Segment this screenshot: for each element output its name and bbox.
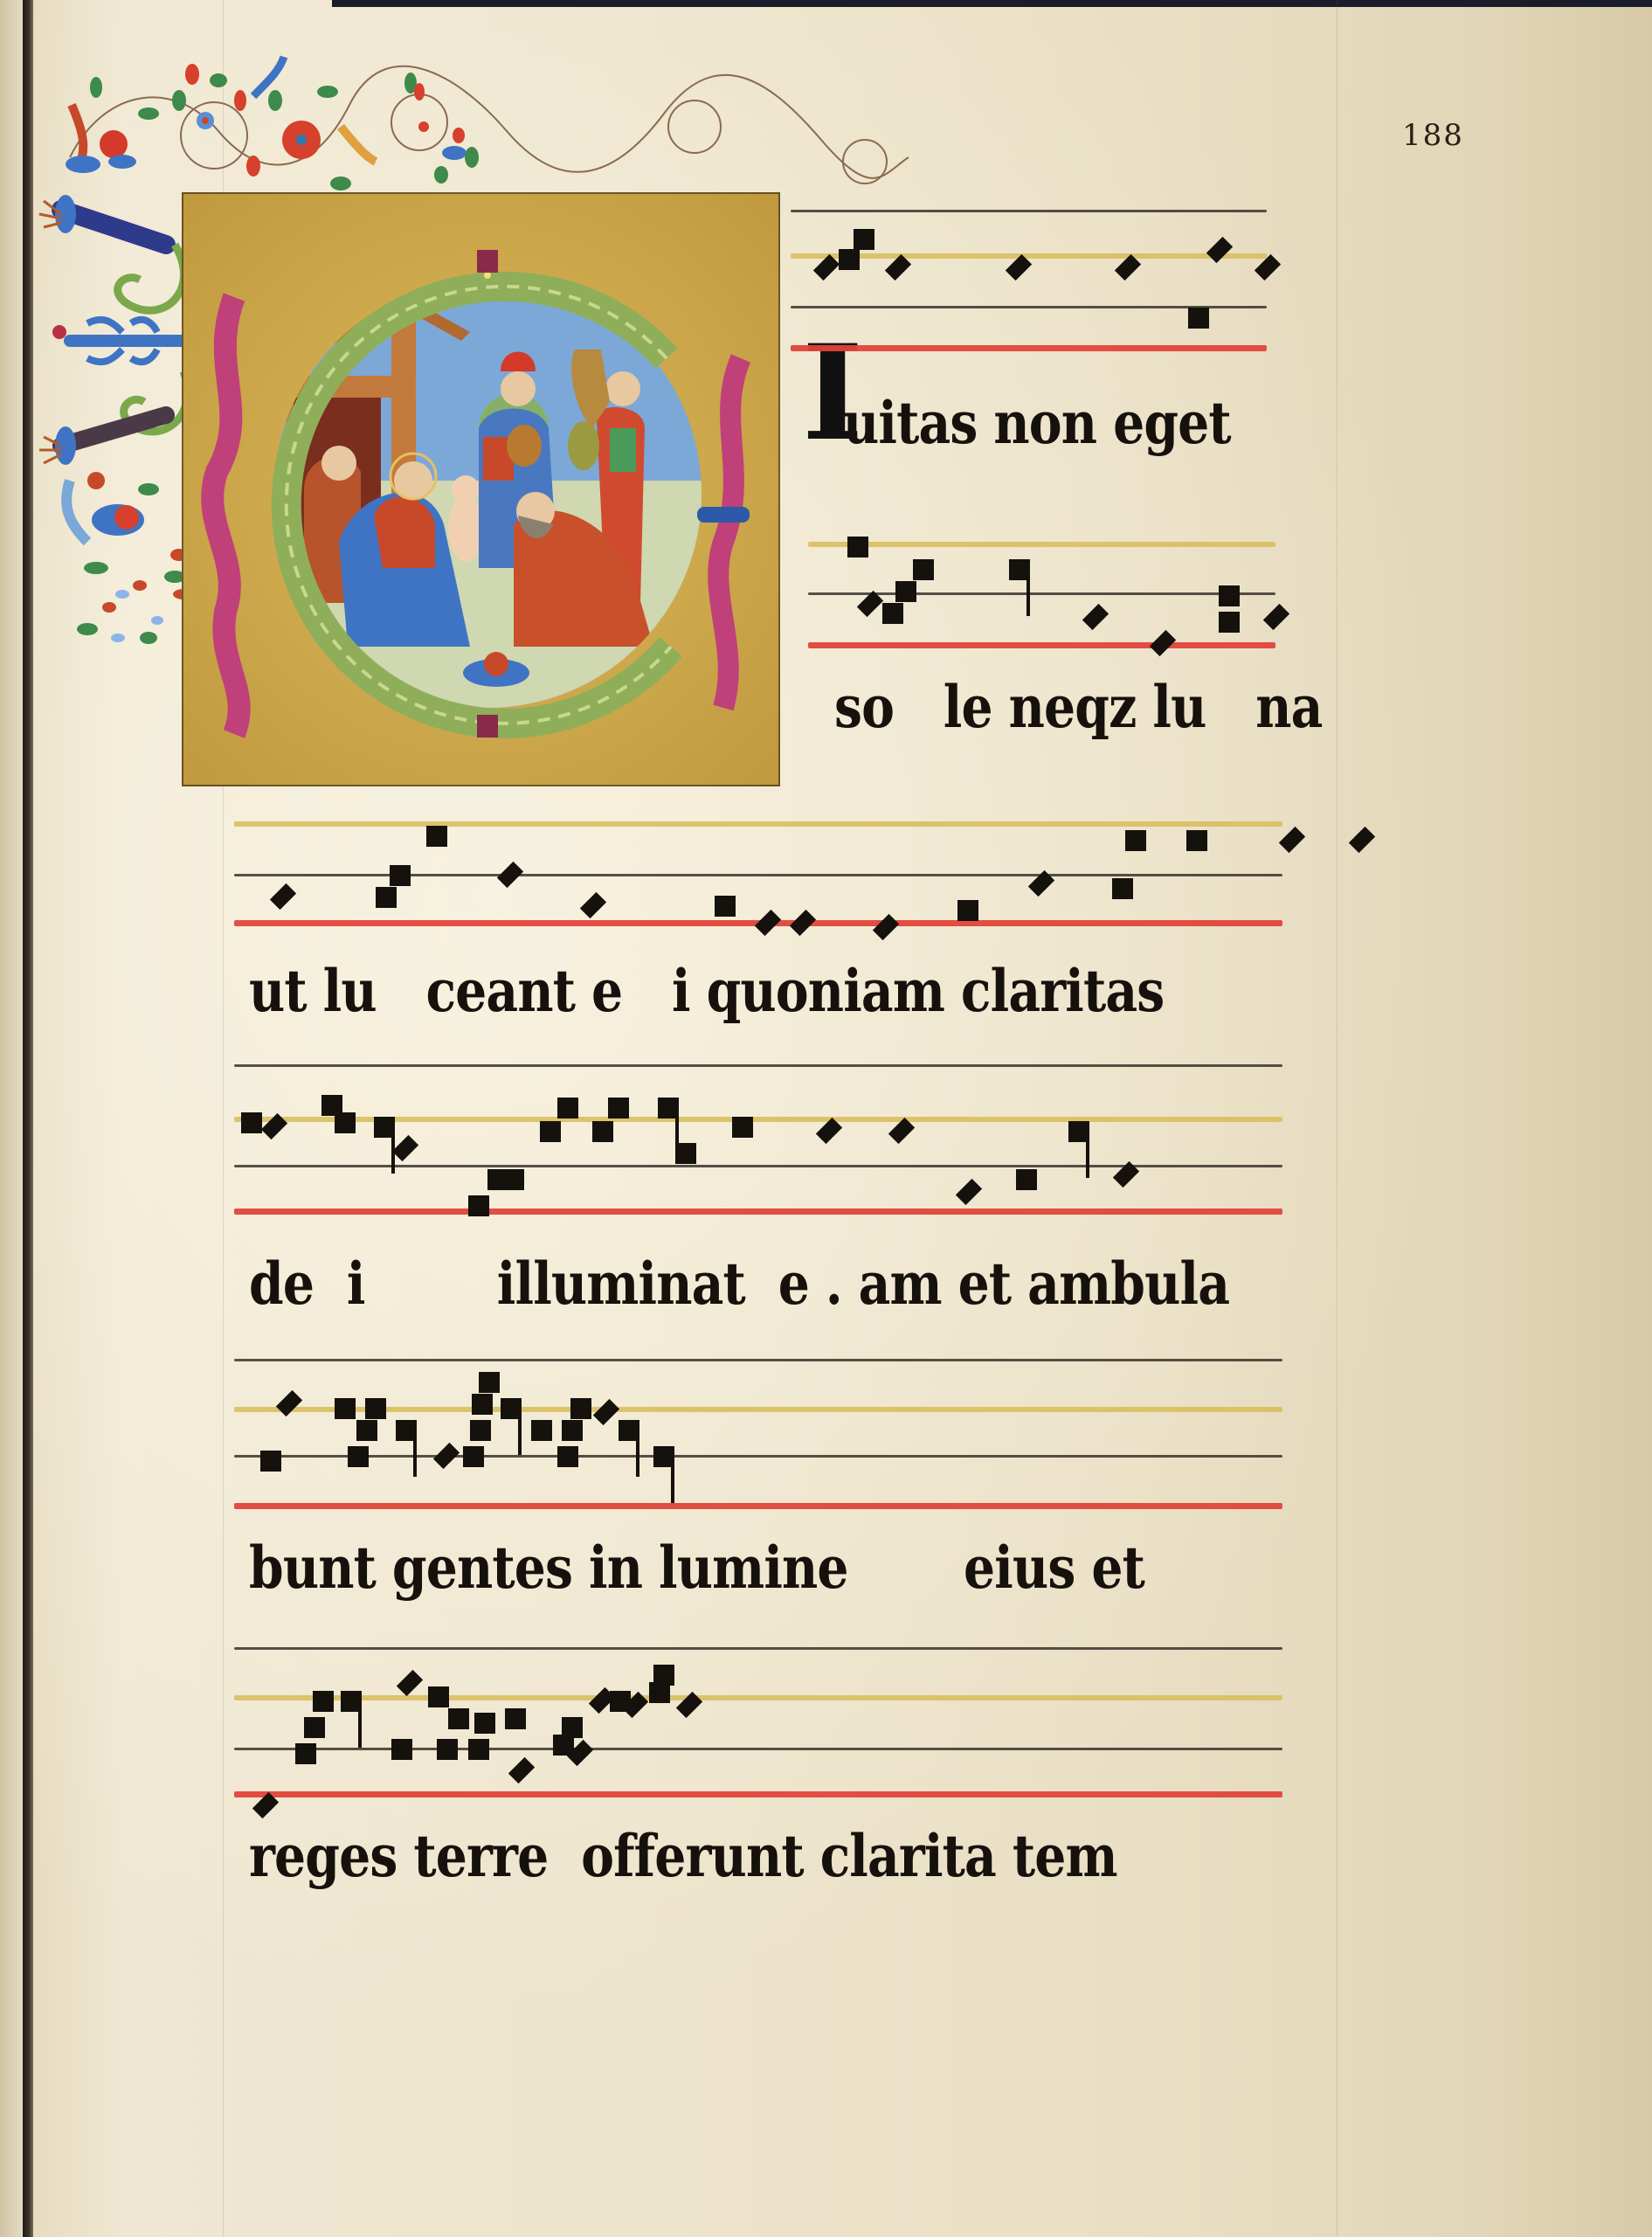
illuminated-initial-adoration-of-magi: [182, 192, 780, 786]
top-shadow-edge: [332, 0, 1652, 7]
book-gutter: [23, 0, 33, 2237]
manuscript-page: 188: [0, 0, 1652, 2237]
folio-number: 188: [1402, 118, 1464, 153]
staff-3: [234, 808, 1282, 926]
facing-leaf-edge: [0, 0, 23, 2237]
lyric-line-6: reges terre offerunt clarita tem: [249, 1822, 1117, 1890]
staff-1: [791, 210, 1267, 350]
lyric-line-4: de i illuminat e . am et ambula: [249, 1250, 1229, 1318]
staff-5: [234, 1359, 1282, 1507]
staff-2: [808, 542, 1275, 647]
lyric-line-5: bunt gentes in lumine eius et: [249, 1534, 1144, 1602]
staff-6: [234, 1647, 1282, 1796]
staff-4: [234, 1064, 1282, 1213]
lyric-line-1: uitas non eget: [843, 389, 1231, 457]
lyric-line-2: so le neqz lu na: [834, 673, 1323, 741]
floral-border-top: [52, 52, 917, 201]
lyric-line-3: ut lu ceant e i quoniam claritas: [249, 957, 1164, 1025]
margin-ruling-right: [1337, 0, 1337, 2237]
